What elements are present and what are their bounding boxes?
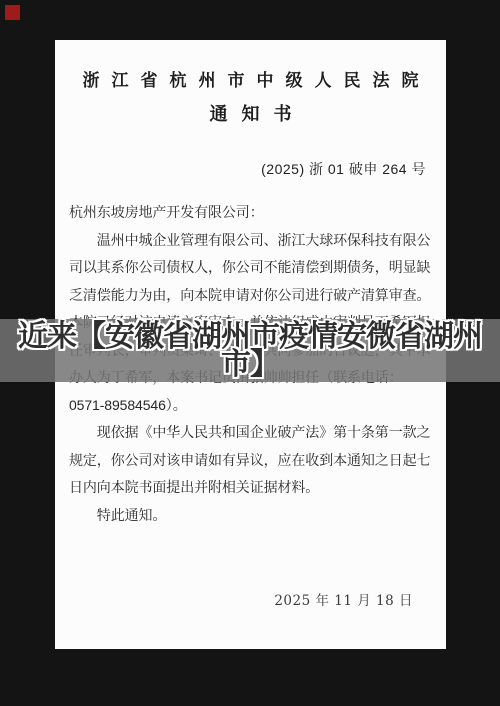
body-line: 现依据《中华人民共和国企业破产法》第十条第一款之	[69, 419, 432, 447]
red-corner-marker	[5, 5, 20, 20]
court-name: 浙江省杭州市中级人民法院	[55, 68, 446, 94]
case-number: (2025) 浙 01 破申 264 号	[55, 158, 446, 180]
body-line: 乏清偿能力为由，向本院申请对你公司进行破产清算审查。	[69, 282, 432, 310]
watermark-overlay: 近来【安徽省湖州市疫情安微省湖州 市】	[0, 319, 500, 382]
body-line: 规定，你公司对该申请如有异议，应在收到本通知之日起七	[69, 447, 432, 475]
watermark-text-line: 近来【安徽省湖州市疫情安微省湖州	[0, 323, 500, 351]
document-title: 通知书	[55, 102, 446, 128]
body-line: 0571-89584546）。	[69, 392, 432, 420]
body-line: 杭州东坡房地产开发有限公司：	[69, 199, 432, 227]
body-line: 日内向本院书面提出并附相关证据材料。	[69, 474, 432, 502]
body-line: 特此通知。	[69, 502, 432, 530]
watermark-text-line: 市】	[0, 351, 500, 379]
issue-date: 2025 年 11 月 18 日	[274, 592, 413, 610]
body-line: 司以其系你公司债权人，你公司不能清偿到期债务，明显缺	[69, 254, 432, 282]
body-line: 温州中城企业管理有限公司、浙江大球环保科技有限公	[69, 227, 432, 255]
notice-image-canvas: 浙江省杭州市中级人民法院 通知书 (2025) 浙 01 破申 264 号 杭州…	[0, 0, 500, 706]
